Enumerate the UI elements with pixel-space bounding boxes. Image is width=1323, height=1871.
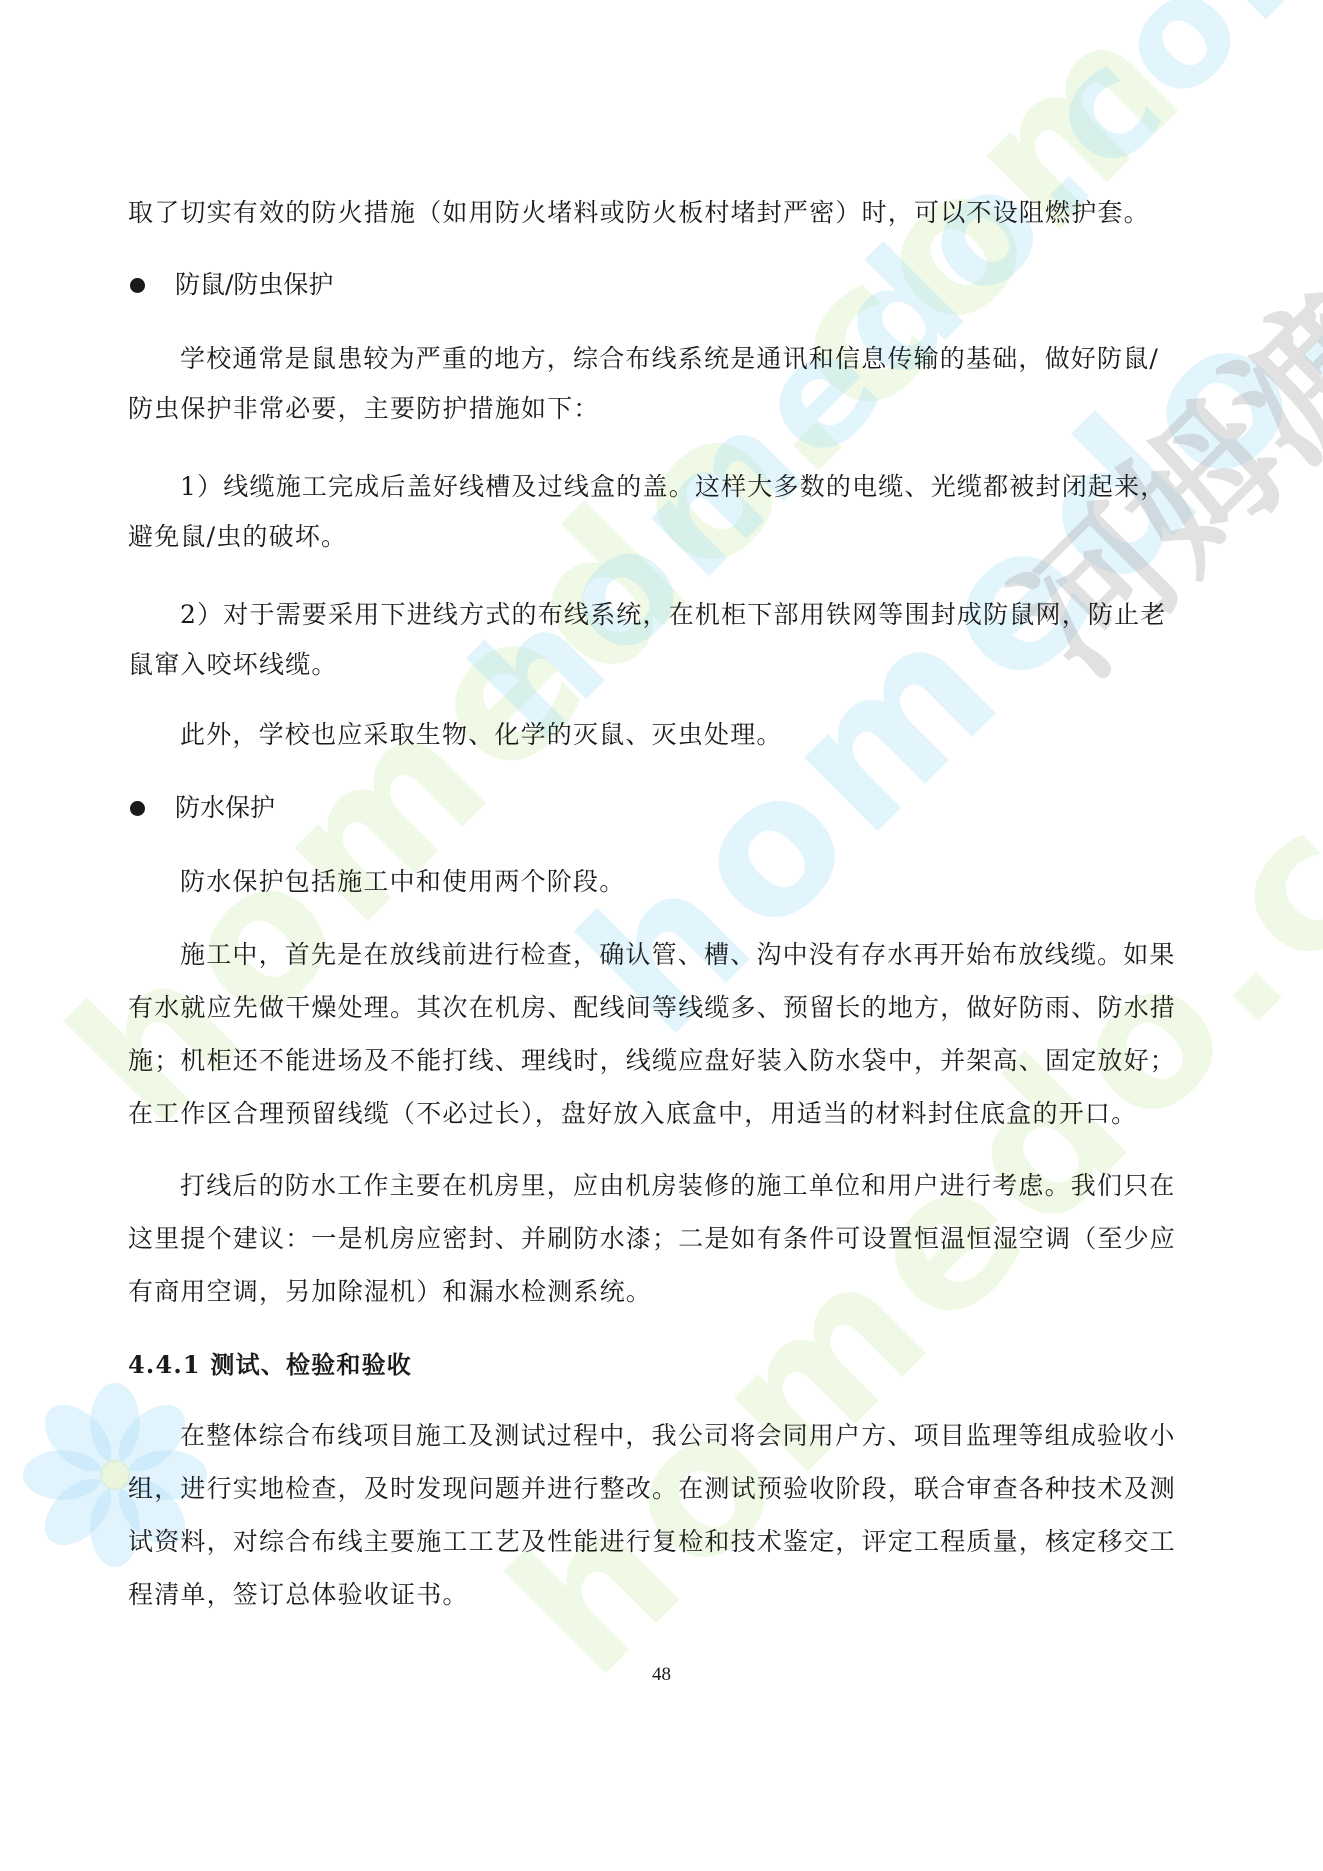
paragraph-line: 此外，学校也应采取生物、化学的灭鼠、灭虫处理。 <box>180 720 783 750</box>
watermark-homedo-green-1: homedo.com <box>30 0 1227 1166</box>
watermark-homedo-blue-1: homedo.com <box>540 0 1323 1076</box>
paragraph-line: 防水保护包括施工中和使用两个阶段。 <box>180 867 625 897</box>
page-number: 48 <box>0 1664 1323 1686</box>
bullet-icon <box>130 278 145 293</box>
list-item-2-cont: 鼠窜入咬坏线缆。 <box>128 650 338 680</box>
paragraph-line: 组，进行实地检查，及时发现问题并进行整改。在测试预验收阶段，联合审查各种技术及测 <box>128 1474 1176 1504</box>
paragraph-line: 取了切实有效的防火措施（如用防火堵料或防火板村堵封严密）时，可以不设阻燃护套。 <box>128 198 1150 228</box>
paragraph-line: 施工中，首先是在放线前进行检查，确认管、槽、沟中没有存水再开始布放线缆。如果 <box>180 940 1176 970</box>
paragraph-line: 试资料，对综合布线主要施工工艺及性能进行复检和技术鉴定，评定工程质量，核定移交工 <box>128 1527 1176 1557</box>
paragraph-line: 有商用空调，另加除湿机）和漏水检测系统。 <box>128 1277 652 1307</box>
section-heading: 4.4.1 测试、检验和验收 <box>128 1350 412 1380</box>
list-item-1: 1）线缆施工完成后盖好线槽及过线盒的盖。这样大多数的电缆、光缆都被封闭起来， <box>180 472 1167 502</box>
bullet-icon <box>130 801 145 816</box>
bullet-heading-waterproofing: 防水保护 <box>128 793 275 823</box>
paragraph-line: 在工作区合理预留线缆（不必过长），盘好放入底盒中，用适当的材料封住底盒的开口。 <box>128 1099 1137 1129</box>
bullet-label: 防鼠/防虫保护 <box>175 270 333 300</box>
document-page: homedo.com homedo.com homedo.com homedo.… <box>0 0 1323 1871</box>
list-item-1-cont: 避免鼠/虫的破坏。 <box>128 522 347 552</box>
paragraph-line: 这里提个建议：一是机房应密封、并刷防水漆；二是如有条件可设置恒温恒湿空调（至少应 <box>128 1224 1176 1254</box>
watermark-homedo-blue-2: homedo.com <box>440 0 1323 773</box>
paragraph-line: 打线后的防水工作主要在机房里，应由机房装修的施工单位和用户进行考虑。我们只在 <box>180 1171 1176 1201</box>
paragraph-line: 学校通常是鼠患较为严重的地方，综合布线系统是通讯和信息传输的基础，做好防鼠/ <box>180 344 1159 374</box>
paragraph-line: 施；机柜还不能进场及不能打线、理线时，线缆应盘好装入防水袋中，并架高、固定放好； <box>128 1046 1176 1076</box>
bullet-label: 防水保护 <box>175 793 275 823</box>
bullet-heading-rodent-protection: 防鼠/防虫保护 <box>128 270 333 300</box>
paragraph-line: 防虫保护非常必要，主要防护措施如下： <box>128 394 600 424</box>
list-item-2: 2）对于需要采用下进线方式的布线系统，在机柜下部用铁网等围封成防鼠网，防止老 <box>180 600 1167 630</box>
paragraph-line: 有水就应先做干燥处理。其次在机房、配线间等线缆多、预留长的地方，做好防雨、防水措 <box>128 993 1176 1023</box>
paragraph-line: 程清单，签订总体验收证书。 <box>128 1580 469 1610</box>
paragraph-line: 在整体综合布线项目施工及测试过程中，我公司将会同用户方、项目监理等组成验收小 <box>180 1421 1176 1451</box>
